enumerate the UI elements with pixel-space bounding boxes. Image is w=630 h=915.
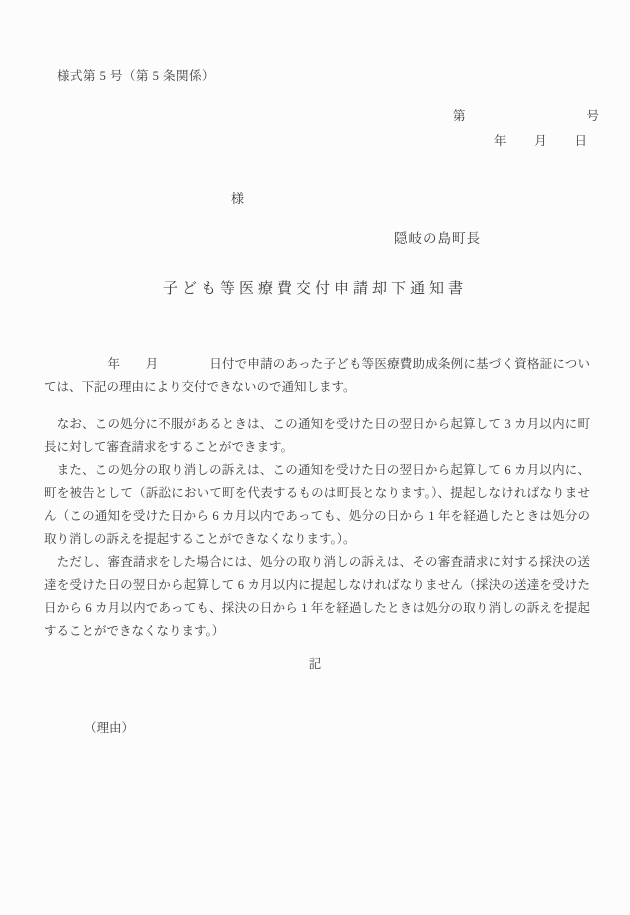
paragraph-lawsuit-rights: また、この処分の取り消しの訴えは、この通知を受けた日の翌日から起算して 6 カ月… — [44, 459, 590, 551]
addressee-honorific: 様 — [231, 188, 244, 207]
reason-label: （理由） — [84, 718, 134, 736]
ki-heading: 記 — [0, 654, 630, 672]
date-month-label: 月 — [534, 131, 547, 149]
doc-number-suffix: 号 — [586, 106, 599, 124]
document-page: 様式第 5 号（第 5 条関係） 第 号 年 月 日 様 隠岐の島町長 子ども等… — [0, 0, 630, 915]
date-day-label: 日 — [574, 131, 587, 149]
document-number-line: 第 号 — [453, 106, 599, 124]
paragraph-appeal-rights: なお、この処分に不服があるときは、この通知を受けた日の翌日から起算して 3 カ月… — [44, 413, 590, 459]
doc-number-prefix: 第 — [453, 106, 466, 124]
paragraph-intro: 年 月 日付で申請のあった子ども等医療費助成条例に基づく資格証については、下記の… — [44, 353, 590, 399]
document-body: 年 月 日付で申請のあった子ども等医療費助成条例に基づく資格証については、下記の… — [44, 353, 590, 643]
date-year-label: 年 — [494, 131, 507, 149]
document-title: 子ども等医療費交付申請却下通知書 — [0, 277, 630, 298]
date-line: 年 月 日 — [494, 131, 587, 149]
sender-title: 隠岐の島町長 — [394, 227, 481, 247]
paragraph-proviso: ただし、審査請求をした場合には、処分の取り消しの訴えは、その審査請求に対する採決… — [44, 551, 590, 643]
form-number: 様式第 5 号（第 5 条関係） — [57, 66, 215, 84]
